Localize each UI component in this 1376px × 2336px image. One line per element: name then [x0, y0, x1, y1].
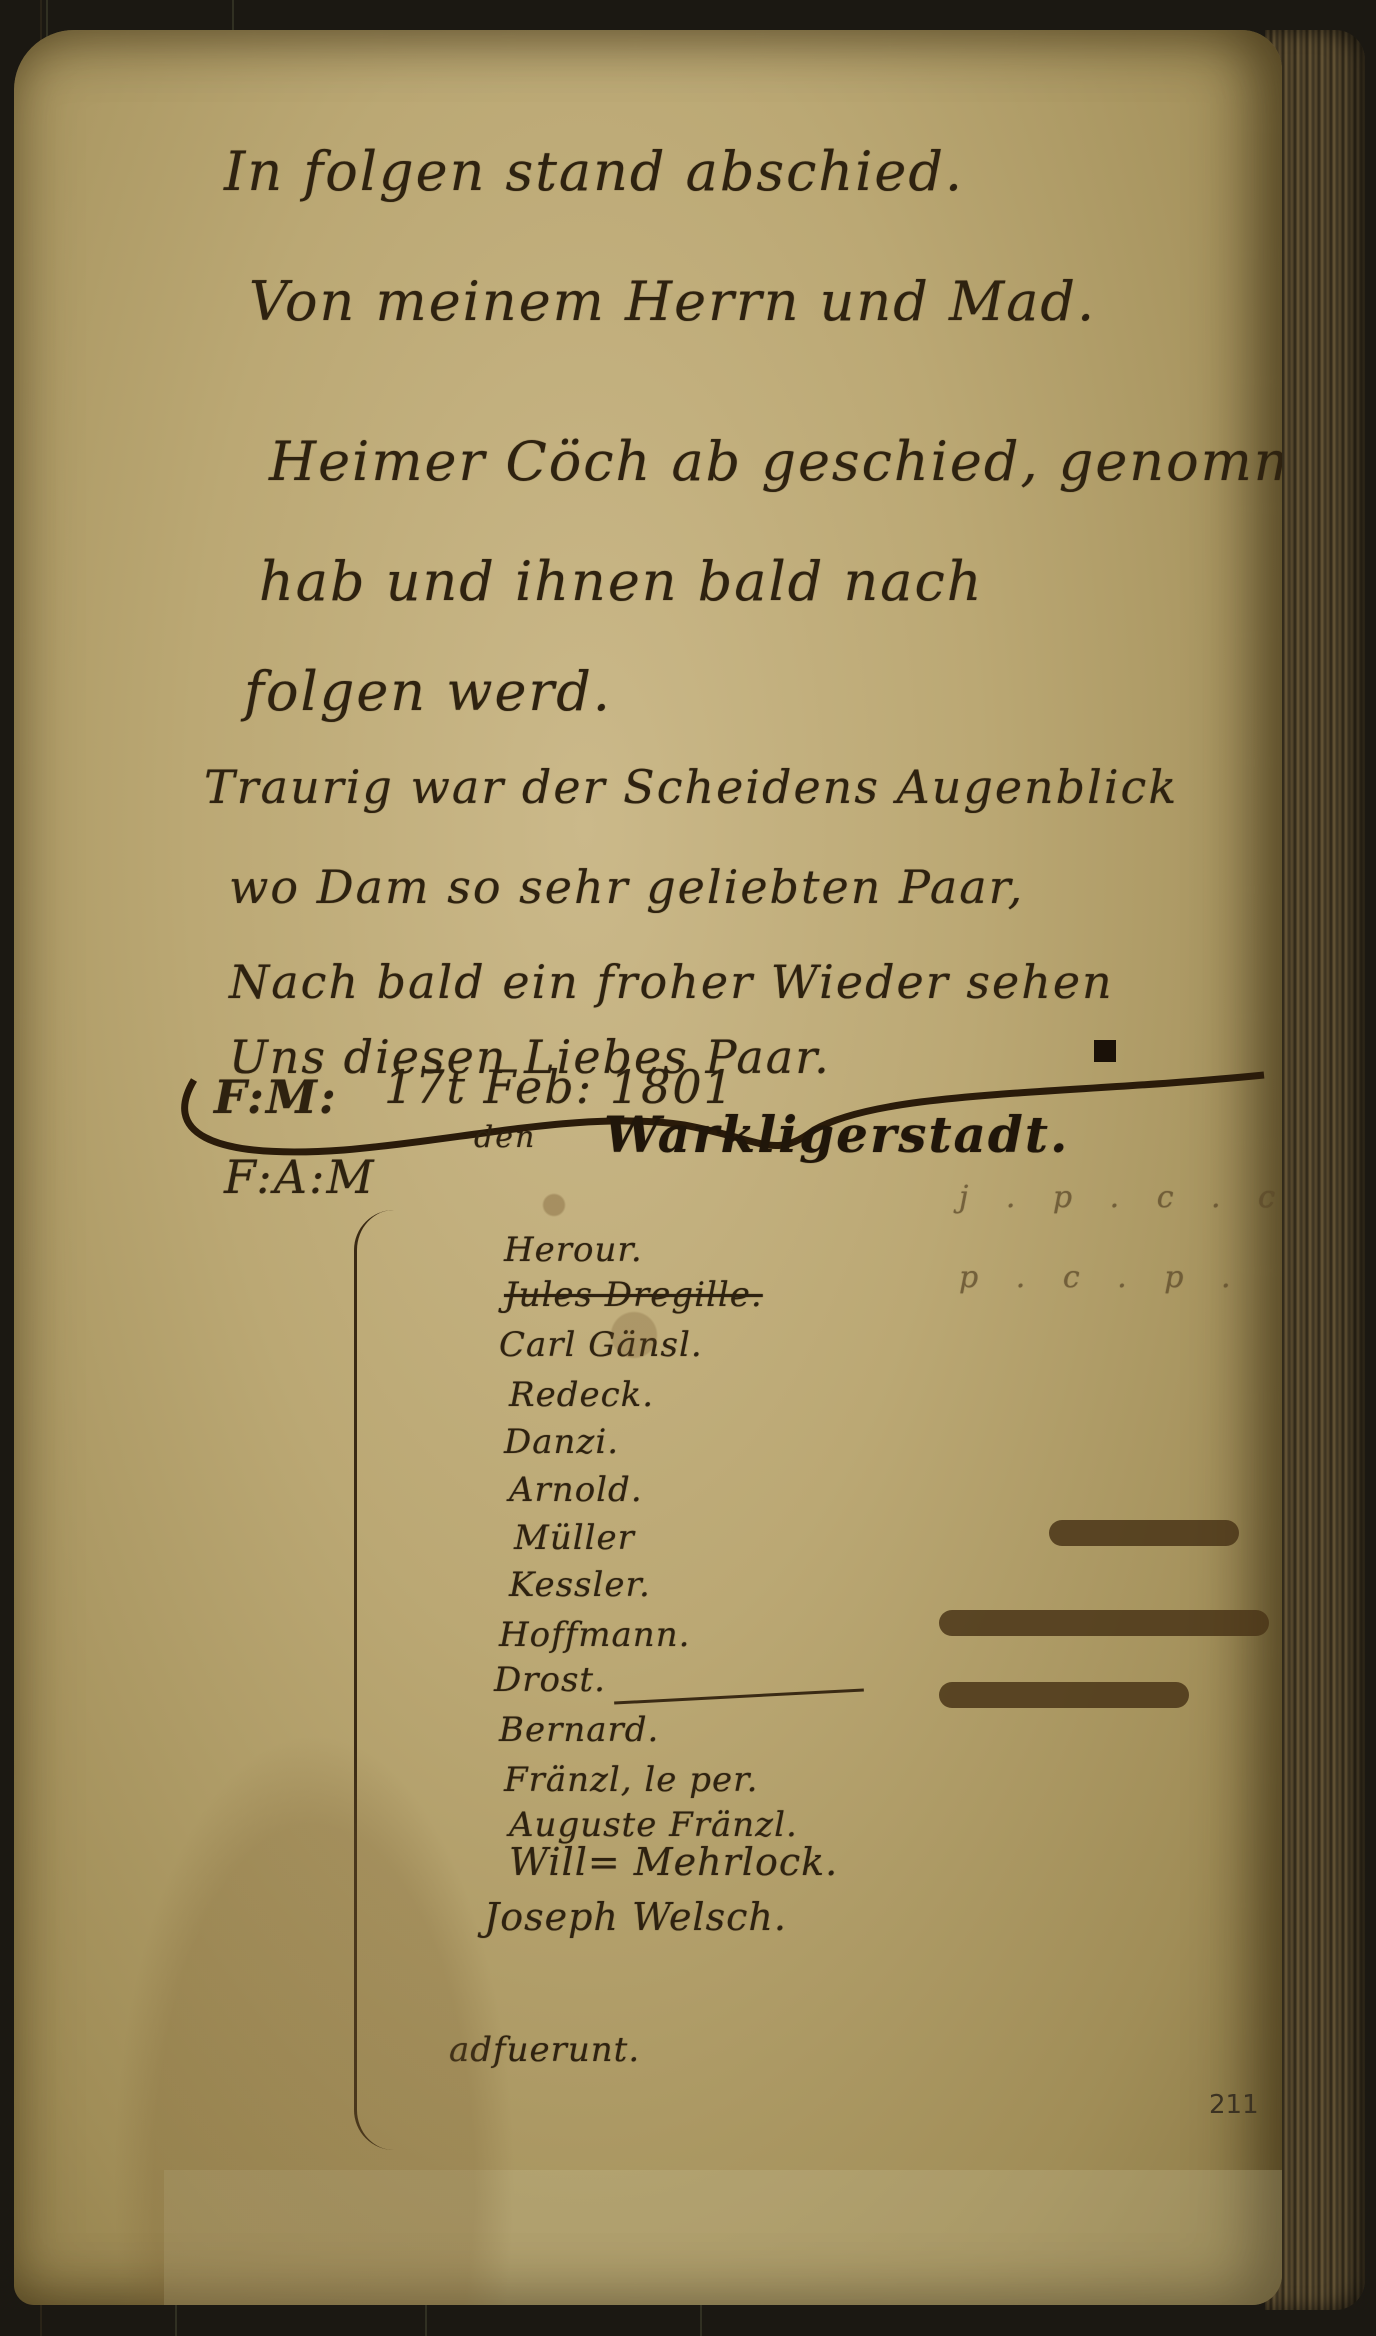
verse-line-1: Traurig war der Scheidens Augenblick: [204, 760, 1178, 814]
names-bracket: [354, 1210, 417, 2150]
faint-marks-1: j . p . c . c . p . p: [959, 1180, 1282, 1215]
manuscript-page: In folgen stand abschied. Von meinem Her…: [14, 30, 1282, 2305]
closing-word: adfuerunt.: [449, 2030, 640, 2070]
heading-line-3: Heimer Cöch ab geschied, genommen: [269, 430, 1282, 493]
entry-prefix: F:M:: [214, 1070, 338, 1124]
name-8: Kessler.: [509, 1565, 651, 1605]
name-6: Arnold.: [509, 1470, 643, 1510]
paper-patch: [164, 2170, 1282, 2305]
name-7: Müller: [514, 1518, 635, 1558]
heading-line-5: folgen werd.: [244, 660, 612, 723]
mat-grid-line: [425, 2300, 427, 2336]
name-4: Redeck.: [509, 1375, 654, 1415]
name-13: Auguste Fränzl.: [509, 1805, 798, 1845]
heading-line-1: In folgen stand abschied.: [224, 140, 964, 203]
name-9: Hoffmann.: [499, 1615, 690, 1655]
verse-line-2: wo Dam so sehr geliebten Paar,: [229, 860, 1024, 914]
heading-line-4: hab und ihnen bald nach: [259, 550, 983, 613]
entry-den: den: [474, 1120, 536, 1155]
name-1: Herour.: [504, 1230, 643, 1270]
entry-signature: Warkligerstadt.: [604, 1105, 1069, 1164]
mat-grid-line: [700, 2300, 702, 2336]
name-2: Jules Dregille.: [504, 1275, 763, 1315]
crossed-out-mark: [1049, 1520, 1239, 1546]
name-12: Fränzl, le per.: [504, 1760, 758, 1800]
folio-number: 211: [1209, 2090, 1259, 2120]
name-15: Joseph Welsch.: [484, 1895, 787, 1939]
heading-line-2: Von meinem Herrn und Mad.: [249, 270, 1096, 333]
photo-scene: In folgen stand abschied. Von meinem Her…: [0, 0, 1376, 2336]
name-10: Drost.: [494, 1660, 606, 1700]
name-11: Bernard.: [499, 1710, 659, 1750]
name-5: Danzi.: [504, 1422, 619, 1462]
verse-line-3: Nach bald ein froher Wieder sehen: [229, 955, 1114, 1009]
entry-second-prefix: F:A:M: [224, 1150, 376, 1204]
mat-grid-line: [175, 2300, 177, 2336]
faint-marks-2: p . c . p .: [959, 1260, 1245, 1295]
crossed-out-mark: [939, 1610, 1269, 1636]
name-3: Carl Gänsl.: [499, 1325, 703, 1365]
underline-stroke: [614, 1688, 864, 1704]
name-14: Will= Mehrlock.: [509, 1840, 838, 1884]
ink-blot: [1094, 1040, 1116, 1062]
crossed-out-mark: [939, 1682, 1189, 1708]
